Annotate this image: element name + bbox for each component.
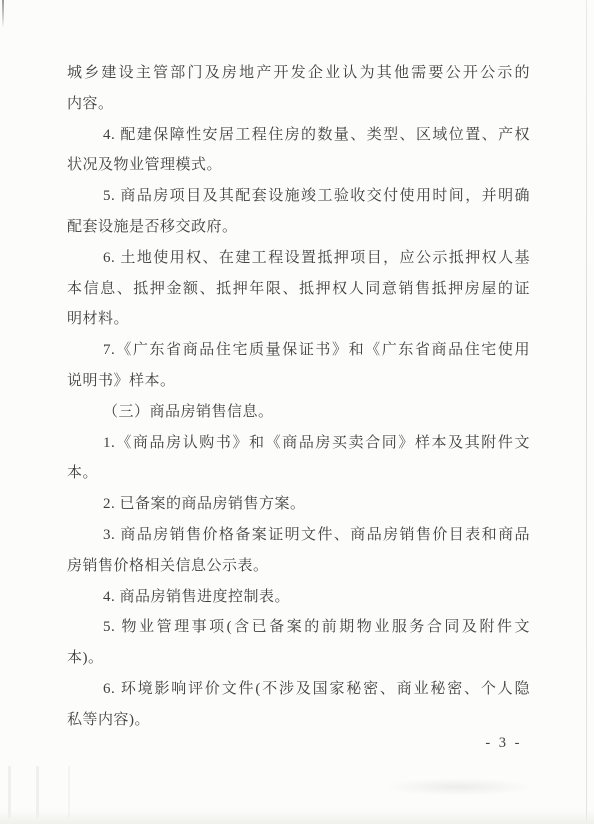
doc-line: 房销售价格相关信息公示表。 bbox=[67, 551, 530, 582]
doc-line: 明材料。 bbox=[67, 304, 530, 335]
doc-line: 5. 物业管理事项(含已备案的前期物业服务合同及附件文 bbox=[67, 612, 530, 643]
doc-section-heading: （三）商品房销售信息。 bbox=[67, 397, 530, 428]
scan-artifact-bottom-smudge bbox=[384, 778, 534, 796]
scan-artifact-right-edge-line bbox=[586, 0, 587, 824]
doc-line: 城乡建设主管部门及房地产开发企业认为其他需要公开公示的 bbox=[67, 58, 530, 89]
doc-line: 3. 商品房销售价格备案证明文件、商品房销售价目表和商品 bbox=[67, 520, 530, 551]
doc-line: 私等内容)。 bbox=[67, 705, 530, 736]
doc-line: 5. 商品房项目及其配套设施竣工验收交付使用时间，并明确 bbox=[67, 181, 530, 212]
doc-line: 2. 已备案的商品房销售方案。 bbox=[67, 489, 530, 520]
document-page: 城乡建设主管部门及房地产开发企业认为其他需要公开公示的 内容。 4. 配建保障性… bbox=[0, 0, 594, 824]
doc-line: 1.《商品房认购书》和《商品房买卖合同》样本及其附件文 bbox=[67, 428, 530, 459]
doc-line: 本信息、抵押金额、抵押年限、抵押权人同意销售抵押房屋的证 bbox=[67, 274, 530, 305]
doc-line: 4. 配建保障性安居工程住房的数量、类型、区域位置、产权 bbox=[67, 120, 530, 151]
doc-line: 内容。 bbox=[67, 89, 530, 120]
document-text-block: 城乡建设主管部门及房地产开发企业认为其他需要公开公示的 内容。 4. 配建保障性… bbox=[67, 58, 530, 736]
page-number: - 3 - bbox=[485, 735, 522, 752]
doc-line: 6. 土地使用权、在建工程设置抵押项目，应公示抵押权人基 bbox=[67, 243, 530, 274]
doc-line: 6. 环境影响评价文件(不涉及国家秘密、商业秘密、个人隐 bbox=[67, 674, 530, 705]
scan-artifact-bottom-band bbox=[0, 810, 594, 824]
doc-line: 7.《广东省商品住宅质量保证书》和《广东省商品住宅使用 bbox=[67, 335, 530, 366]
scan-artifact-bottom-streaks bbox=[8, 766, 208, 818]
doc-line: 本。 bbox=[67, 458, 530, 489]
doc-line: 状况及物业管理模式。 bbox=[67, 150, 530, 181]
doc-line: 本)。 bbox=[67, 643, 530, 674]
scan-artifact-topleft-tick bbox=[2, 0, 4, 28]
doc-line: 配套设施是否移交政府。 bbox=[67, 212, 530, 243]
doc-line: 4. 商品房销售进度控制表。 bbox=[67, 582, 530, 613]
doc-line: 说明书》样本。 bbox=[67, 366, 530, 397]
